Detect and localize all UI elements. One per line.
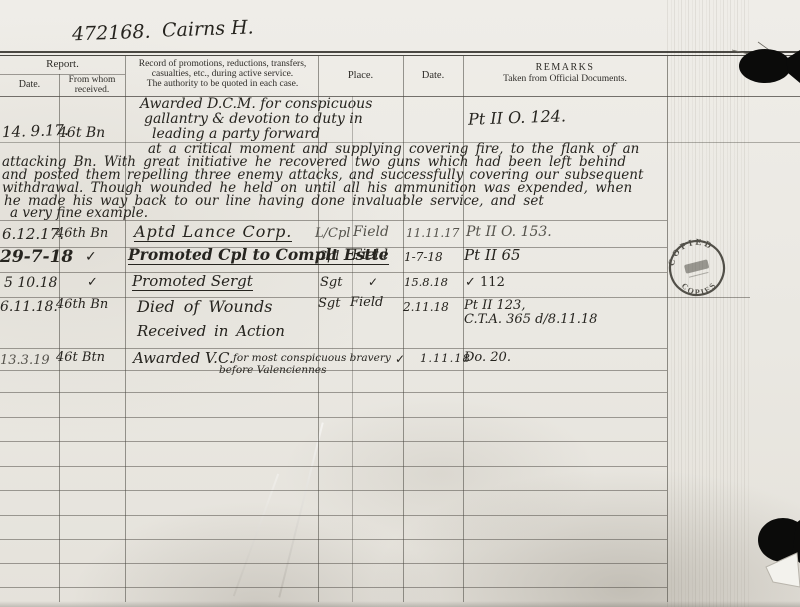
entry-date: 13.3.19: [0, 354, 50, 367]
entry-rank: Sgt: [318, 297, 340, 310]
row-rule: [0, 417, 667, 418]
row-rule: [0, 515, 667, 516]
col-rule-place-date: [403, 55, 404, 602]
entry-record: Promoted Sergt: [132, 274, 253, 291]
entry-from-whom: 46th Bn: [56, 227, 108, 240]
entry-date2: 1-7-18: [404, 251, 443, 263]
entry-record-line: Awarded D.C.M. for conspicuous: [140, 97, 372, 111]
ditto-checkmark: ✓: [85, 250, 97, 264]
entry-date2: 11.11.17: [406, 227, 459, 239]
entry-from-whom: 46th Bn: [56, 298, 108, 311]
entry-record-line: Received in Action: [137, 324, 285, 339]
narrative-line: a very fine example.: [10, 207, 148, 221]
paper-crease: [233, 474, 279, 597]
entry-remarks-line: C.T.A. 365 d/8.11.18: [464, 313, 597, 326]
entry-remarks: Pt II O. 153.: [466, 225, 552, 239]
row-rule: [0, 348, 667, 349]
header-bottom-rule: [0, 96, 800, 97]
entry-date: 6.11.18.: [0, 300, 58, 314]
entry-rank: Sgt: [320, 276, 342, 289]
entry-record: Aptd Lance Corp.: [134, 224, 292, 242]
stamp-text-bottom: COPIES: [679, 274, 721, 302]
col-rule-remarks-edge: [667, 55, 668, 602]
punch-hole-bottom: [740, 505, 800, 605]
entry-remarks-line: Pt II 123,: [464, 299, 525, 312]
row-rule: [0, 587, 667, 588]
row-rule: [0, 490, 667, 491]
col-rule-fromwhom-record: [125, 55, 126, 602]
service-number: 472168.: [72, 23, 151, 45]
entry-rank: Cpl: [317, 250, 339, 263]
paper-crease: [278, 422, 323, 597]
service-record-page: 472168. Cairns H. Report. Date. From who…: [0, 0, 800, 607]
entry-record-line: before Valenciennes: [219, 365, 327, 376]
table-top-rule-2: [0, 55, 800, 56]
row-rule: [0, 441, 667, 442]
table-top-rule: [0, 51, 800, 53]
entry-place: Field: [352, 248, 388, 262]
hole-blob: [739, 49, 791, 83]
stamp-smudge-line: [689, 272, 708, 277]
svg-text:COPIES: COPIES: [679, 274, 721, 302]
row-rule: [0, 539, 667, 540]
entry-date: 29-7-18: [0, 249, 73, 266]
entry-date: 5 10.18: [4, 276, 57, 290]
entry-remarks: ✓ 112: [465, 276, 505, 289]
header-remarks-2: Taken from Official Documents.: [463, 75, 667, 85]
entry-from-whom: 46t Btn: [56, 351, 105, 364]
ditto-checkmark: ✓: [368, 276, 378, 288]
entry-record-line: leading a party forward: [152, 127, 320, 141]
entry-remarks: Pt II O. 124.: [468, 108, 566, 127]
col-rule-date-remarks: [463, 55, 464, 602]
header-from-whom-2: received.: [59, 86, 125, 96]
entry-place: Field: [350, 296, 383, 309]
row-rule: [0, 466, 667, 467]
header-remarks-1: REMARKS: [463, 63, 667, 74]
entry-remarks: Pt II 65: [464, 248, 521, 263]
header-record-3: The authority to be quoted in each case.: [127, 80, 318, 90]
header-place: Place.: [318, 70, 403, 81]
header-date: Date.: [403, 70, 463, 81]
row-rule: [0, 272, 667, 273]
stamp-smudge: [684, 259, 709, 274]
header-report-group: Report.: [0, 59, 125, 71]
entry-record-line: for most conspicuous bravery: [233, 353, 391, 364]
entry-remarks: Do. 20.: [464, 351, 511, 364]
entry-record-line: Died of Wounds: [137, 299, 272, 315]
row-rule: [0, 370, 667, 371]
soldier-name: Cairns H.: [162, 18, 254, 40]
entry-record-line: gallantry & devotion to duty in: [144, 112, 363, 126]
entry-date: 6.12.17.: [2, 227, 64, 242]
entry-date2: 2.11.18: [403, 301, 449, 313]
hole-tail: [786, 50, 800, 83]
entry-rank: L/Cpl: [315, 227, 350, 240]
punch-hole-top: [720, 40, 800, 95]
entry-place: Field: [353, 225, 389, 239]
row-rule: [0, 392, 667, 393]
ditto-checkmark: ✓: [87, 276, 98, 289]
header-report-date: Date.: [0, 80, 59, 91]
entry-from-whom: 46t Bn: [58, 126, 105, 140]
row-rule: [0, 563, 667, 564]
entry-date2: 15.8.18: [404, 277, 448, 289]
entry-record: Promoted Cpl to Complt Estte: [128, 247, 389, 265]
ditto-checkmark: ✓: [395, 353, 405, 365]
